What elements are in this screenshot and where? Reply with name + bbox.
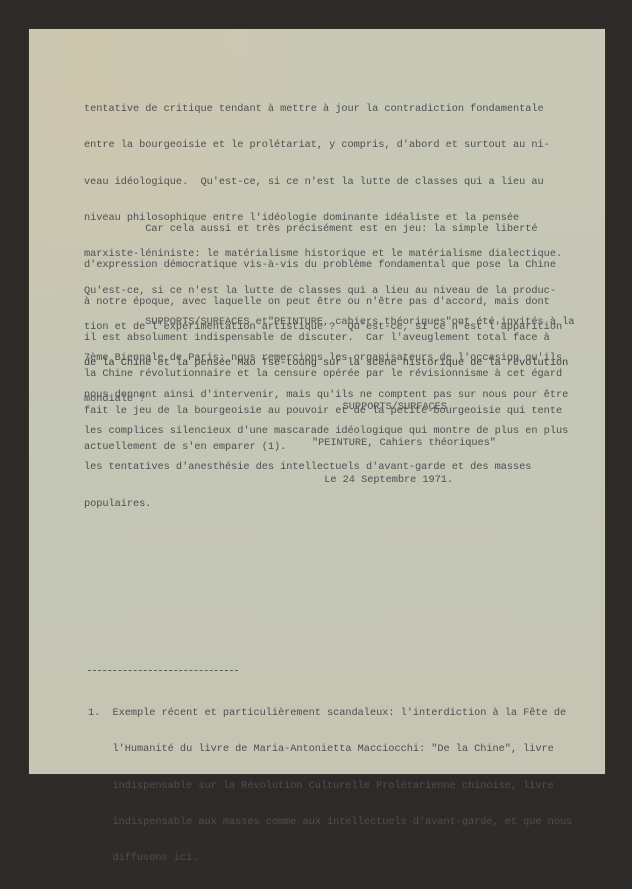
signature-line: "PEINTURE, Cahiers théoriques"	[263, 437, 496, 449]
text-line: SUPPORTS/SURFACES et"PEINTURE, cahiers t…	[84, 316, 574, 328]
signature-line: SUPPORTS/SURFACES	[263, 401, 496, 413]
text-line: 7ème Biennale de Paris: nous remercions …	[84, 352, 574, 364]
text-line: tentative de critique tendant à mettre à…	[84, 103, 568, 115]
footnote-line: indispensable sur la Révolution Culturel…	[88, 780, 572, 792]
typewritten-page: tentative de critique tendant à mettre à…	[29, 29, 605, 774]
signature-date: Le 24 Septembre 1971.	[263, 474, 496, 486]
footnote: 1. Exemple récent et particulièrement sc…	[88, 683, 572, 800]
signature-block: SUPPORTS/SURFACES "PEINTURE, Cahiers thé…	[263, 377, 496, 510]
footnote-divider	[88, 670, 238, 672]
text-line: Car cela aussi et très précisément est e…	[84, 223, 562, 235]
footnote-line: 1. Exemple récent et particulièrement sc…	[88, 707, 572, 719]
text-line: d'expression démocratique vis-à-vis du p…	[84, 259, 562, 271]
text-line: entre la bourgeoisie et le prolétariat, …	[84, 139, 568, 151]
text-line: veau idéologique. Qu'est-ce, si ce n'est…	[84, 176, 568, 188]
footnote-line: l'Humanité du livre de Maria-Antonietta …	[88, 743, 572, 755]
